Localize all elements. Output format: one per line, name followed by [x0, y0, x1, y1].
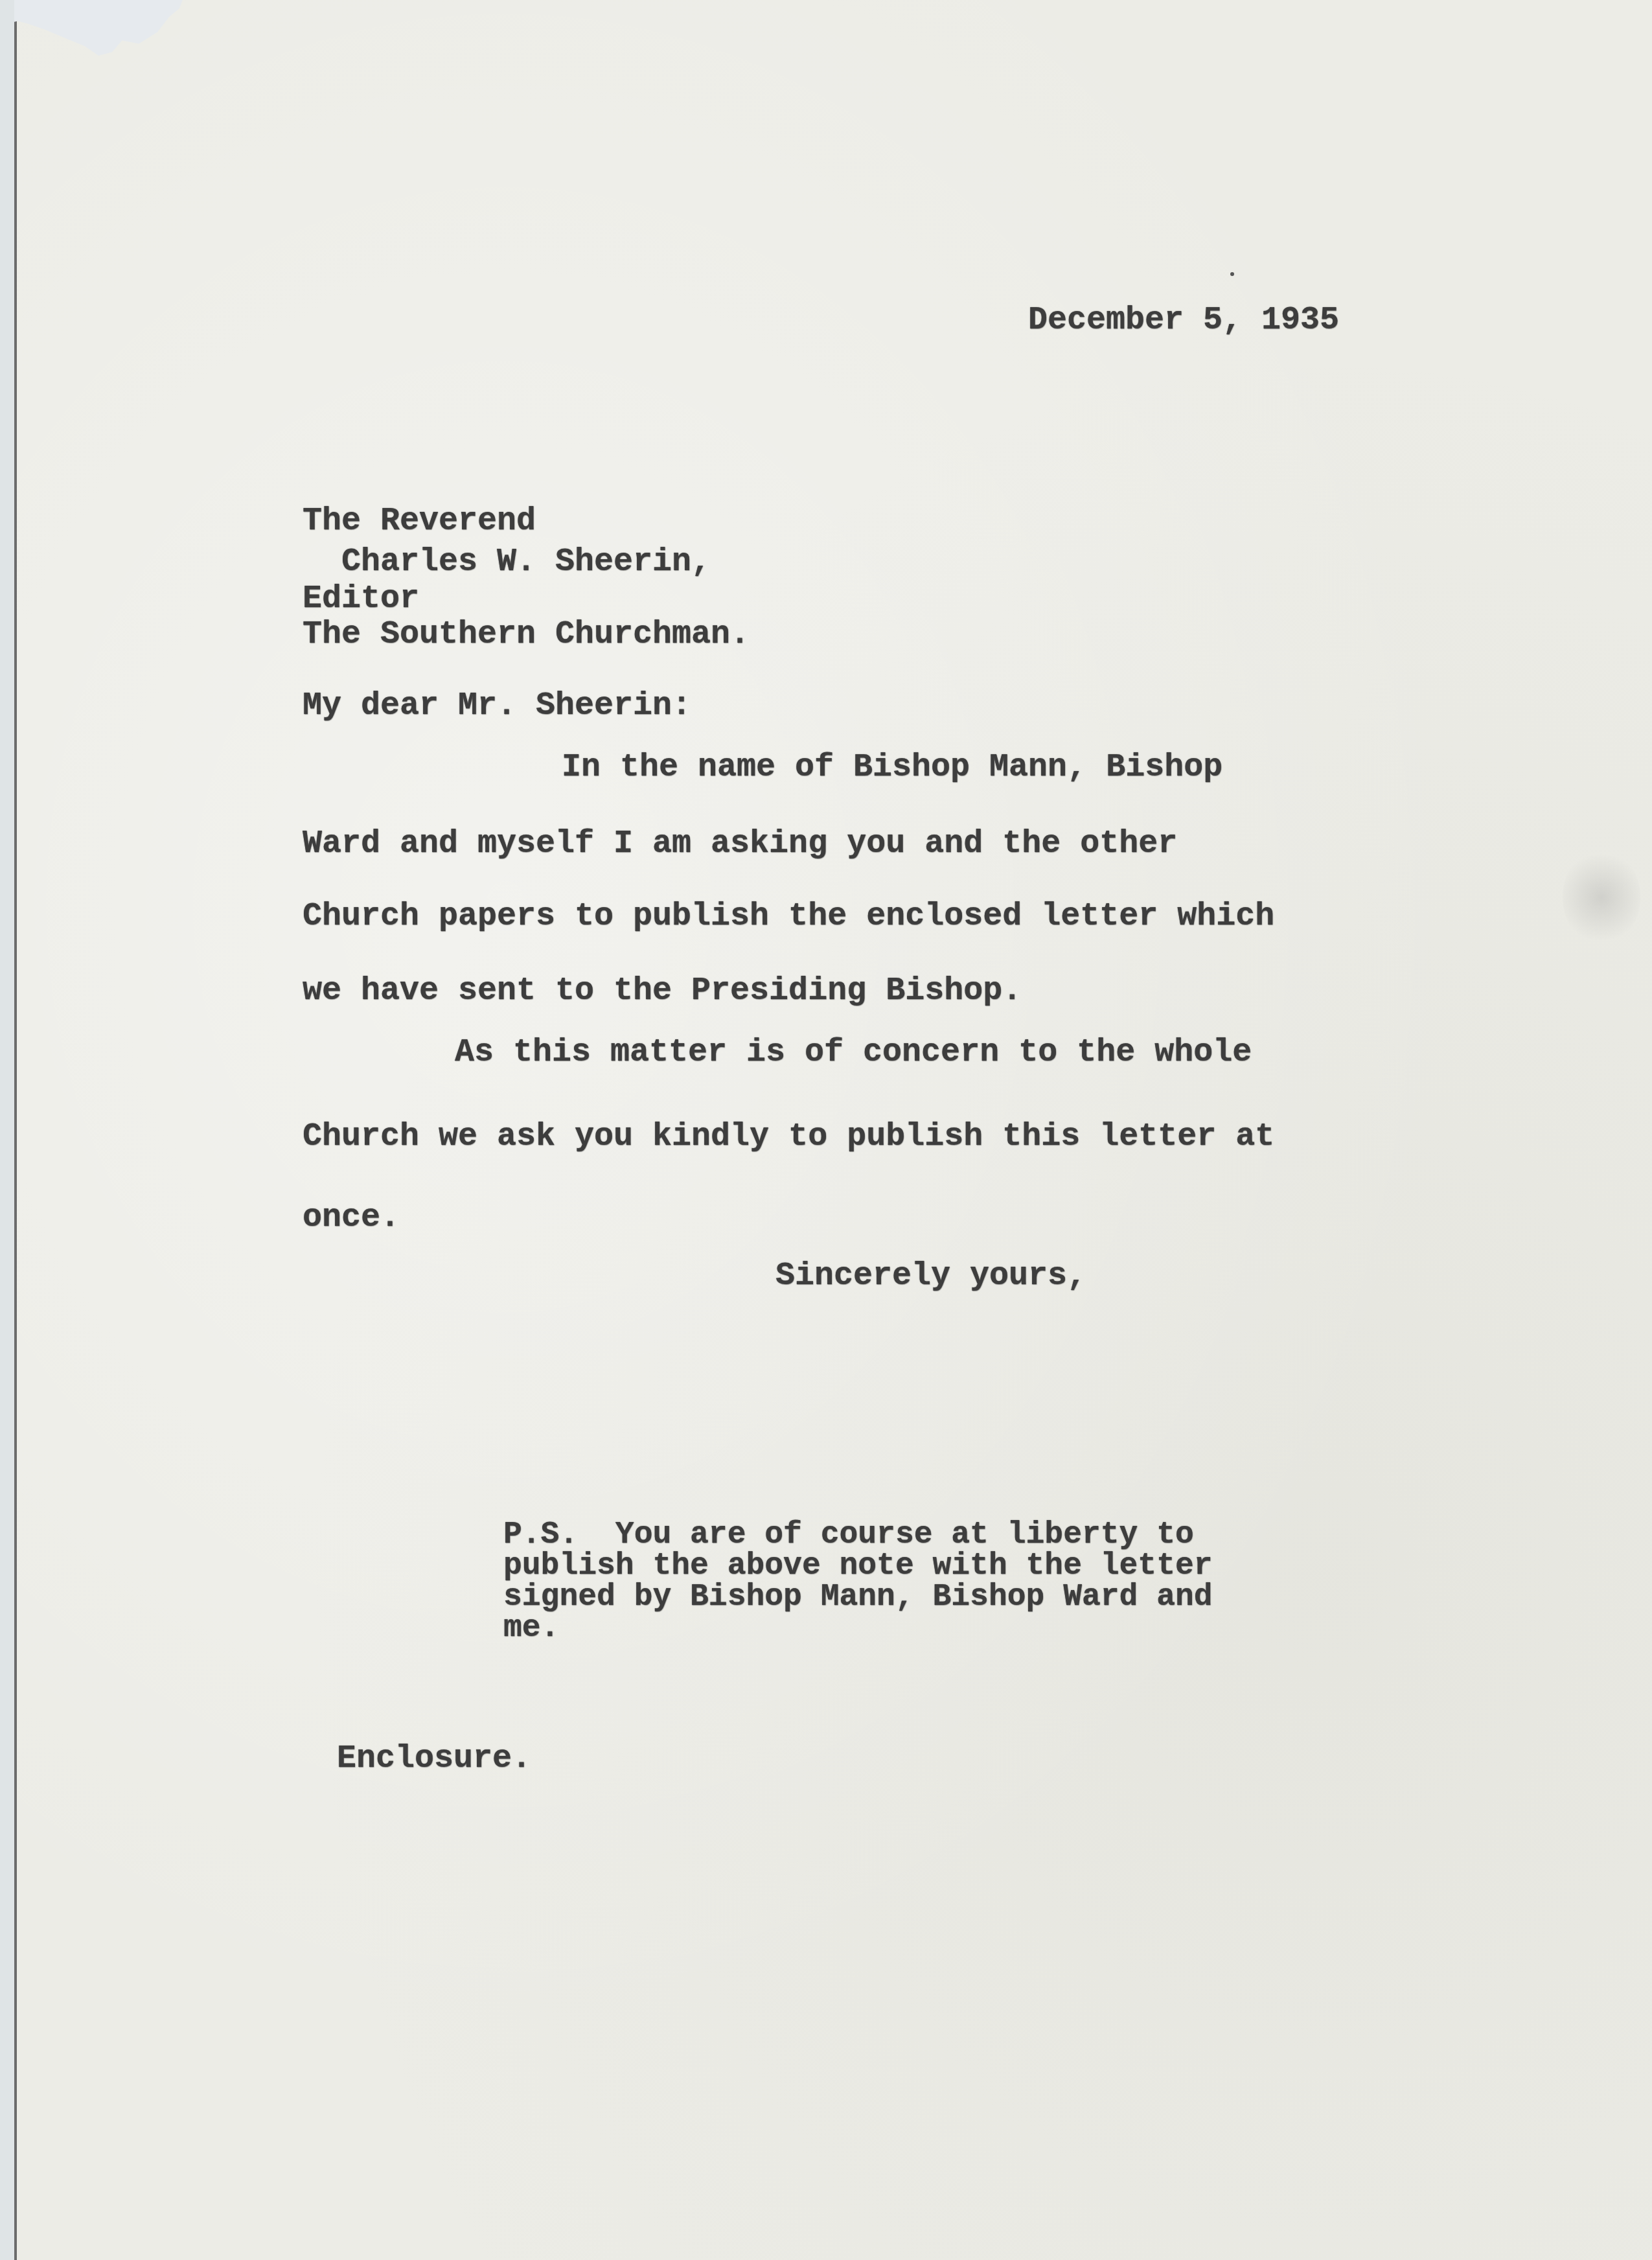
body-line: once. [303, 1202, 400, 1234]
body-line: Ward and myself I am asking you and the … [303, 828, 1177, 860]
postscript-line: signed by Bishop Mann, Bishop Ward and [503, 1582, 1213, 1613]
body-line: As this matter is of concern to the whol… [455, 1037, 1252, 1069]
paper-smudge [1563, 849, 1640, 946]
salutation: My dear Mr. Sheerin: [303, 690, 691, 722]
recipient-publication: The Southern Churchman. [303, 619, 750, 651]
postscript-line: publish the above note with the letter [503, 1551, 1213, 1582]
scan-edge [14, 0, 17, 2260]
ink-speck [1230, 272, 1234, 276]
recipient-name: Charles W. Sheerin, [303, 546, 711, 579]
closing: Sincerely yours, [775, 1260, 1086, 1293]
body-line: Church papers to publish the enclosed le… [303, 901, 1274, 933]
letter-page: December 5, 1935 The Reverend Charles W.… [14, 0, 1652, 2260]
recipient-title: The Reverend [303, 505, 536, 538]
recipient-role: Editor [303, 583, 419, 616]
postscript-line: P.S. You are of course at liberty to [503, 1519, 1194, 1551]
body-line: In the name of Bishop Mann, Bishop [562, 752, 1222, 784]
enclosure-notation: Enclosure. [337, 1743, 531, 1775]
letter-date: December 5, 1935 [1028, 305, 1339, 337]
body-line: Church we ask you kindly to publish this… [303, 1121, 1274, 1153]
torn-corner [14, 0, 183, 84]
body-line: we have sent to the Presiding Bishop. [303, 975, 1022, 1008]
postscript-line: me. [503, 1613, 559, 1644]
